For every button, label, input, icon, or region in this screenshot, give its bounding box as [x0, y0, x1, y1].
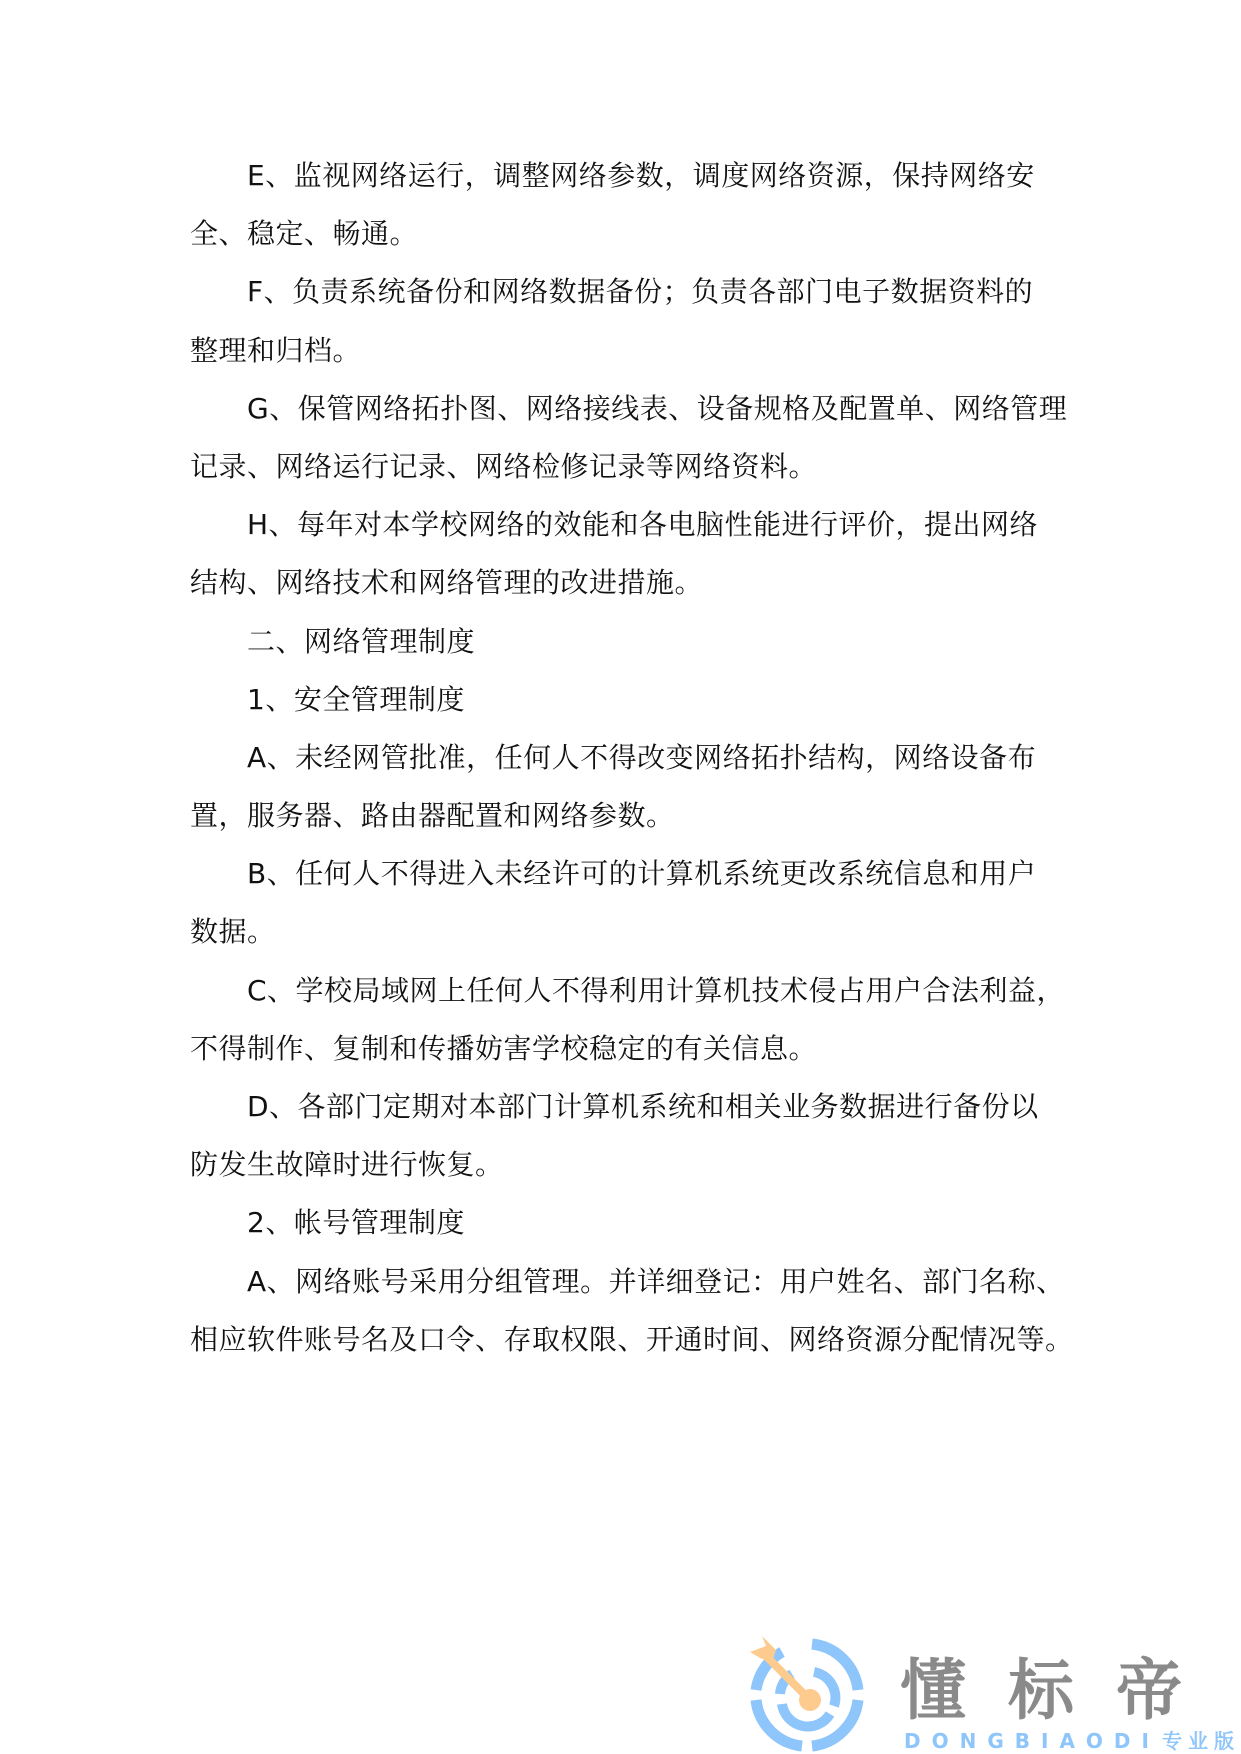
- watermark-subtitle: DONGBIAODI专业版: [904, 1730, 1240, 1752]
- security-c-line-2: 不得制作、复制和传播妨害学校稳定的有关信息。: [190, 1031, 1070, 1089]
- paragraph-f-line-2: 整理和归档。: [190, 333, 1070, 391]
- security-d-line-2: 防发生故障时进行恢复。: [190, 1147, 1070, 1205]
- target-arrow-icon: [746, 1634, 866, 1752]
- security-d-line-1: D、各部门定期对本部门计算机系统和相关业务数据进行备份以: [190, 1089, 1070, 1147]
- paragraph-h-line-1: H、每年对本学校网络的效能和各电脑性能进行评价，提出网络: [190, 507, 1070, 565]
- subsection-heading-security: 1、安全管理制度: [190, 682, 1070, 740]
- subsection-heading-account: 2、帐号管理制度: [190, 1205, 1070, 1263]
- document-page: E、监视网络运行，调整网络参数，调度网络资源，保持网络安 全、稳定、畅通。 F、…: [0, 0, 1241, 1754]
- security-a-line-1: A、未经网管批准，任何人不得改变网络拓扑结构，网络设备布: [190, 740, 1070, 798]
- paragraph-h-line-2: 结构、网络技术和网络管理的改进措施。: [190, 565, 1070, 623]
- section-heading-network-management: 二、网络管理制度: [190, 624, 1070, 682]
- paragraph-f-line-1: F、负责系统备份和网络数据备份；负责各部门电子数据资料的: [190, 274, 1070, 332]
- watermark-subtitle-edition: 专业版: [1162, 1729, 1240, 1753]
- watermark-subtitle-latin: DONGBIAODI: [904, 1729, 1160, 1753]
- watermark-title: 懂标帝: [900, 1656, 1224, 1726]
- security-a-line-2: 置，服务器、路由器配置和网络参数。: [190, 798, 1070, 856]
- account-a-line-2: 相应软件账号名及口令、存取权限、开通时间、网络资源分配情况等。: [190, 1322, 1070, 1380]
- security-c-line-1: C、学校局域网上任何人不得利用计算机技术侵占用户合法利益，: [190, 973, 1070, 1031]
- paragraph-g-line-1: G、保管网络拓扑图、网络接线表、设备规格及配置单、网络管理: [190, 391, 1070, 449]
- document-body: E、监视网络运行，调整网络参数，调度网络资源，保持网络安 全、稳定、畅通。 F、…: [190, 158, 1070, 1380]
- paragraph-e-line-1: E、监视网络运行，调整网络参数，调度网络资源，保持网络安: [190, 158, 1070, 216]
- paragraph-g-line-2: 记录、网络运行记录、网络检修记录等网络资料。: [190, 449, 1070, 507]
- security-b-line-2: 数据。: [190, 914, 1070, 972]
- paragraph-e-line-2: 全、稳定、畅通。: [190, 216, 1070, 274]
- watermark-logo: 懂标帝 DONGBIAODI专业版: [746, 1634, 1226, 1752]
- account-a-line-1: A、网络账号采用分组管理。并详细登记：用户姓名、部门名称、: [190, 1264, 1070, 1322]
- security-b-line-1: B、任何人不得进入未经许可的计算机系统更改系统信息和用户: [190, 856, 1070, 914]
